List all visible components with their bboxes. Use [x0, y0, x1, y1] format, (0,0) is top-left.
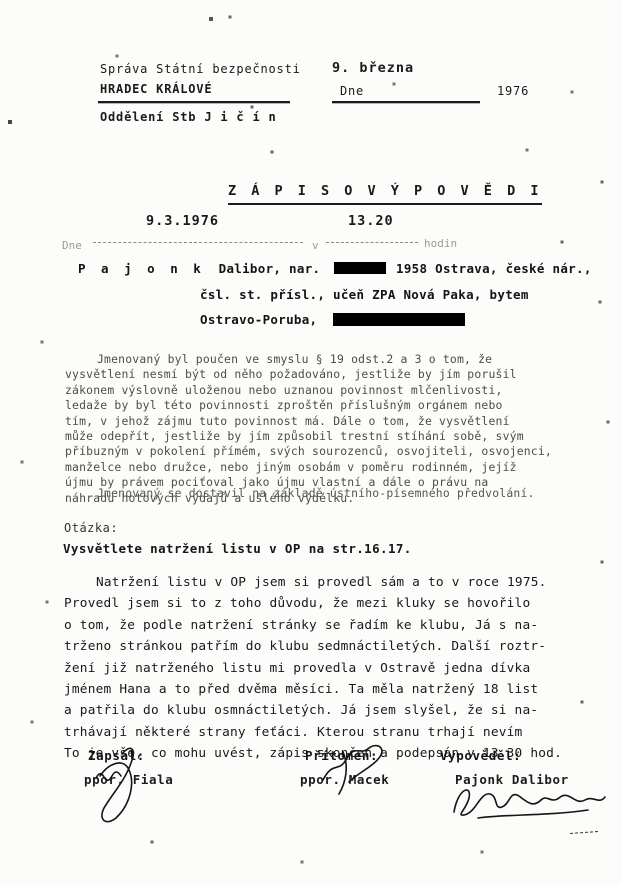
signature-macek: [315, 740, 397, 798]
header-date-label: Dne: [340, 84, 364, 98]
signature-pajonk: [448, 780, 610, 822]
fill-line-place: [326, 241, 418, 243]
advisement-line: vysvětlení nesmí být od něho požadováno,…: [65, 367, 573, 382]
advisement-line: tím, v jehož zájmu tuto povinnost má. Dá…: [65, 414, 573, 429]
preprinted-hodin-label: hodin: [424, 237, 457, 250]
office-city: HRADEC KRÁLOVÉ: [100, 82, 212, 96]
department-line: Oddělení Stb J i č í n: [100, 110, 277, 124]
person-address-prefix: Ostravo-Poruba,: [200, 312, 317, 327]
header-year: 1976: [497, 84, 529, 98]
person-firstname-birth: Dalibor, nar.: [219, 261, 321, 276]
advisement-line: ledaže by byl této povinnosti zproštěn p…: [65, 398, 573, 413]
legal-advisement-paragraph: Jmenovaný byl poučen ve smyslu § 19 odst…: [65, 352, 573, 506]
preprinted-dne-label: Dne: [62, 239, 82, 252]
fill-line-date: [93, 241, 303, 243]
question-text: Vysvětlete natržení listu v OP na str.16…: [63, 541, 412, 556]
redaction-bar-birthdate: [334, 262, 386, 274]
person-line-3: Ostravo-Poruba,: [200, 312, 465, 327]
advisement-line: manželce nebo družce, nebo jiným osobám …: [65, 460, 573, 475]
statement-paragraph: Natržení listu v OP jsem si provedl sám …: [64, 572, 576, 765]
letterhead-rule-right: [332, 101, 480, 103]
person-surname: P a j o n k: [78, 261, 205, 276]
letterhead-rule-left: [98, 101, 290, 103]
person-birth-rest: 1958 Ostrava, české nár.,: [396, 261, 592, 276]
question-label: Otázka:: [64, 521, 118, 535]
statement-line: jménem Hana a to před dvěma měsíci. Ta m…: [64, 679, 576, 700]
statement-line: trženo stránkou patřím do klubu sedmnáct…: [64, 636, 576, 657]
preprinted-v-label: v: [312, 239, 319, 252]
record-date: 9.3.1976: [146, 213, 219, 229]
document-title: Z Á P I S O V Ý P O V Ě D I: [228, 183, 542, 205]
scan-corner-mark: [570, 831, 598, 834]
header-date-daymonth: 9. března: [332, 60, 414, 76]
appeared-line: Jmenovaný se dostavil na základě ústního…: [65, 486, 622, 501]
advisement-line: může odepřít, jestliže by jím způsobil t…: [65, 429, 573, 444]
person-line-1: P a j o n k Dalibor, nar. 1958 Ostrava, …: [78, 261, 592, 276]
person-line-2: čsl. st. přísl., učeň ZPA Nová Paka, byt…: [200, 287, 529, 302]
testified-label: Vypověděl:: [440, 748, 521, 763]
redaction-bar-address: [333, 313, 465, 326]
statement-line: a patřila do klubu osmnáctiletých. Já js…: [64, 700, 576, 721]
statement-line: o tom, že podle natržení stránky se řadí…: [64, 615, 576, 636]
statement-line: Natržení listu v OP jsem si provedl sám …: [64, 572, 576, 593]
record-time: 13.20: [348, 213, 394, 229]
signature-fiala: [88, 742, 160, 828]
scanned-document-page: Správa Státní bezpečnosti HRADEC KRÁLOVÉ…: [0, 0, 622, 886]
scan-noise: [0, 0, 2, 2]
statement-line: Provedl jsem si to z toho důvodu, že mez…: [64, 593, 576, 614]
statement-line: žení již natrženého listu mi provedla v …: [64, 658, 576, 679]
advisement-line: zákonem výslovně uloženou nebo uznanou p…: [65, 383, 573, 398]
advisement-line: příbuzným v pokolení přímém, svých souro…: [65, 444, 573, 459]
office-name: Správa Státní bezpečnosti: [100, 62, 301, 76]
advisement-line: Jmenovaný byl poučen ve smyslu § 19 odst…: [65, 352, 573, 367]
